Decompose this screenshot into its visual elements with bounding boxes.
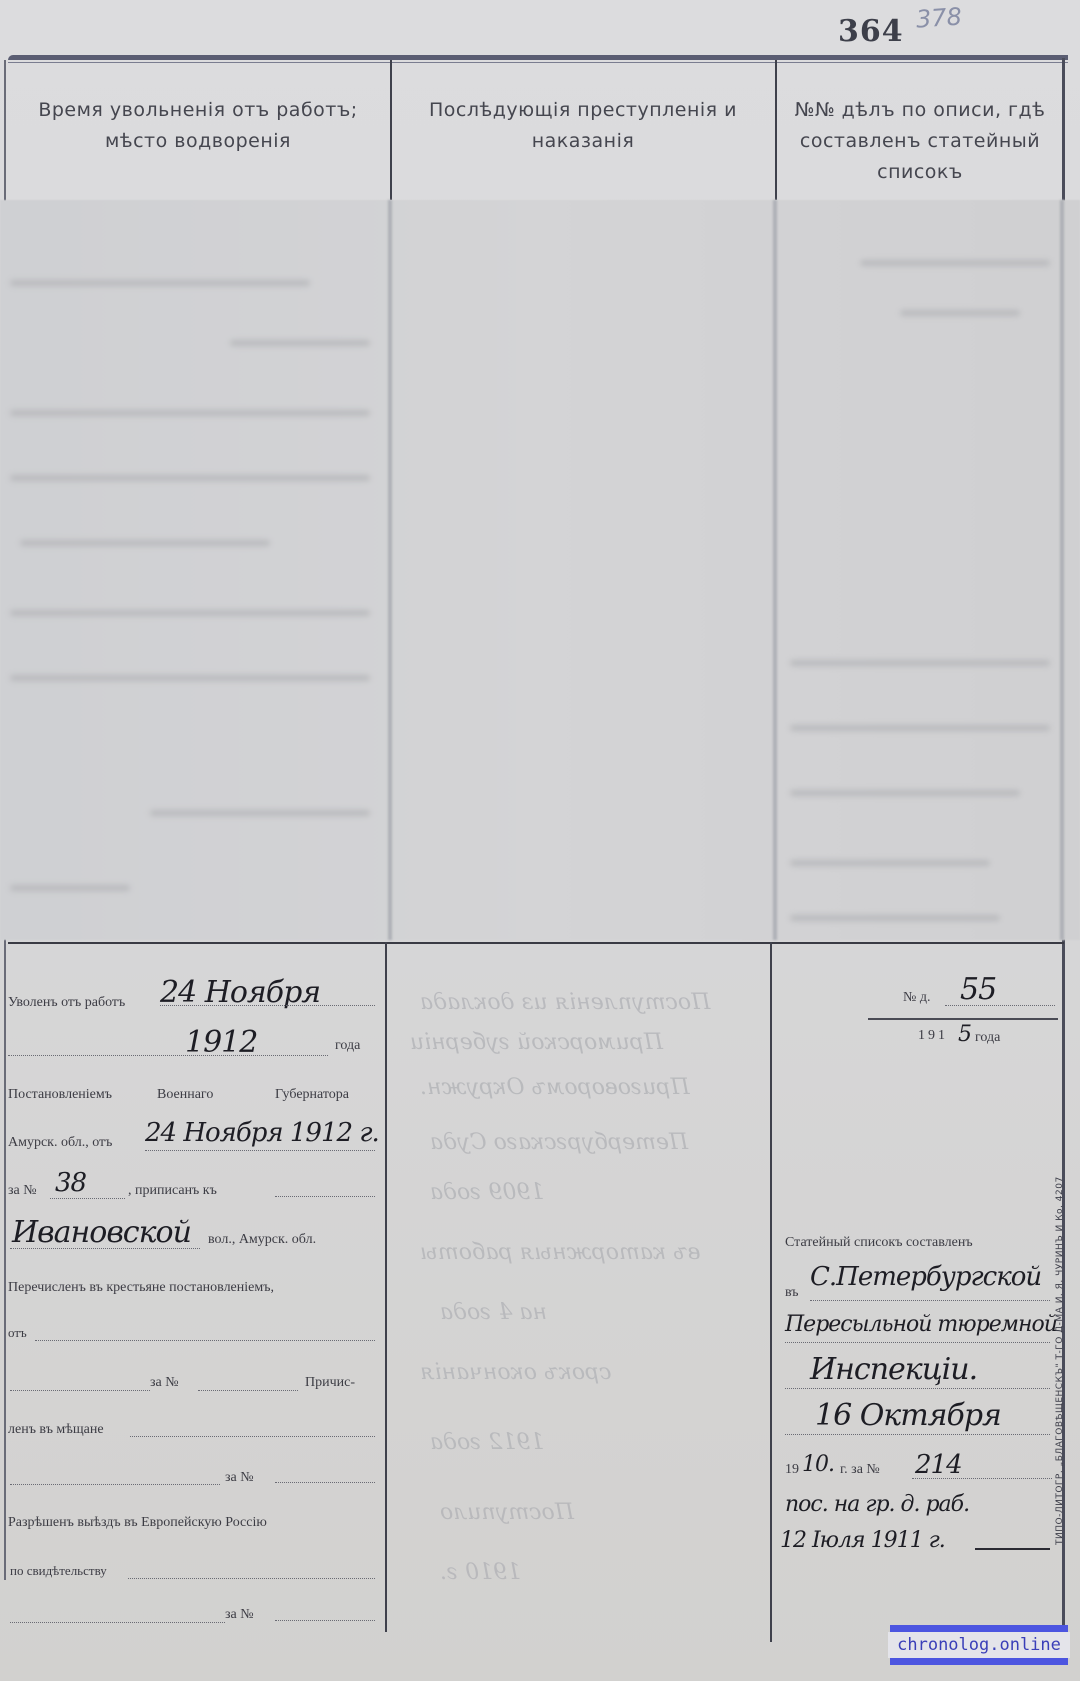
- handwritten-note-2: 12 Іюля 1911 г.: [780, 1528, 945, 1553]
- label-uvolen: Уволенъ отъ работъ: [8, 995, 125, 1011]
- handwritten-year-digit: 5: [958, 1022, 971, 1047]
- label-za-no-3: за №: [225, 1470, 254, 1486]
- printer-imprint: ТИПО-ЛИТОГР. „БЛАГОВѢЩЕНСКЪ" Т-ГО Д-МА И…: [1055, 1176, 1065, 1545]
- label-perechislen: Перечисленъ въ крестьяне постановленіемъ…: [8, 1280, 274, 1296]
- handwritten-decree-date: 24 Ноября 1912 г.: [145, 1118, 379, 1148]
- label-year-printed: 191: [918, 1028, 948, 1044]
- label-v: въ: [785, 1285, 799, 1301]
- label-svidetelstvo: по свидѣтельству: [10, 1563, 107, 1579]
- handwritten-volost-name: Ивановской: [12, 1215, 191, 1250]
- archive-page: 364 378 Время увольненія отъ работъ; мѣс…: [0, 0, 1080, 1681]
- section-rule: [8, 942, 1064, 944]
- column-divider-1-lower: [385, 942, 387, 1632]
- case-number-rule: [868, 1018, 1058, 1020]
- handwritten-case-number: 55: [960, 972, 996, 1007]
- top-border-rule: [8, 55, 1068, 60]
- label-year-prefix: 19: [785, 1462, 799, 1478]
- column-divider-2-lower: [770, 942, 772, 1642]
- label-za-no: за №: [8, 1183, 37, 1199]
- label-goda: года: [335, 1038, 360, 1054]
- label-voennago: Военнаго: [157, 1087, 213, 1103]
- blurred-divider-2: [773, 200, 777, 940]
- label-amursk-obl: Амурск. обл., отъ: [8, 1135, 112, 1151]
- label-meschane: ленъ въ мѣщане: [8, 1422, 104, 1438]
- label-za-no-2: за №: [150, 1375, 179, 1391]
- label-case-no: № д.: [903, 990, 930, 1006]
- folio-pencil-number: 378: [915, 2, 963, 33]
- redacted-upper-section: [0, 200, 1080, 940]
- label-postanovleniem: Постановленіемъ: [8, 1087, 112, 1103]
- blurred-divider-3: [1060, 200, 1064, 940]
- top-border-rule-thin: [8, 62, 1068, 63]
- label-statement-composed: Статейный списокъ составленъ: [785, 1235, 973, 1251]
- label-g-za-no: г. за №: [840, 1462, 880, 1478]
- label-gubernatora: Губернатора: [275, 1087, 349, 1103]
- handwritten-location-2: Пересыльной тюремной: [785, 1312, 1057, 1337]
- label-ot: отъ: [8, 1325, 27, 1341]
- header-release-time: Время увольненія отъ работъ; мѣсто водво…: [8, 95, 388, 157]
- label-razreshen: Разрѣшенъ выѣздъ въ Европейскую Россію: [8, 1515, 267, 1531]
- handwritten-year: 10.: [802, 1452, 834, 1477]
- handwritten-list-number: 214: [915, 1450, 962, 1480]
- handwritten-location-3: Инспекціи.: [810, 1352, 977, 1387]
- handwritten-decree-number: 38: [55, 1168, 86, 1198]
- header-subsequent-crimes: Послѣдующія преступленія и наказанія: [393, 95, 773, 157]
- header-case-numbers: №№ дѣлъ по описи, гдѣ составленъ статейн…: [778, 95, 1062, 188]
- label-za-no-4: за №: [225, 1607, 254, 1623]
- blurred-divider-1: [388, 200, 392, 940]
- handwritten-date-line: 16 Октября: [815, 1398, 1001, 1433]
- column-divider-2: [775, 60, 777, 200]
- watermark-badge: chronolog.online: [890, 1625, 1068, 1665]
- label-goda-case: года: [975, 1030, 1000, 1046]
- handwritten-location-1: С.Петербургской: [810, 1262, 1041, 1292]
- label-pripisan: , приписанъ къ: [128, 1183, 217, 1199]
- handwritten-note-1: пос. на гр. д. раб.: [785, 1492, 969, 1517]
- label-volost: вол., Амурск. обл.: [208, 1232, 316, 1248]
- folio-number: 364: [838, 14, 904, 49]
- label-prichis: Причис-: [305, 1375, 355, 1391]
- column-divider-1: [390, 60, 392, 200]
- watermark-text: chronolog.online: [888, 1632, 1070, 1658]
